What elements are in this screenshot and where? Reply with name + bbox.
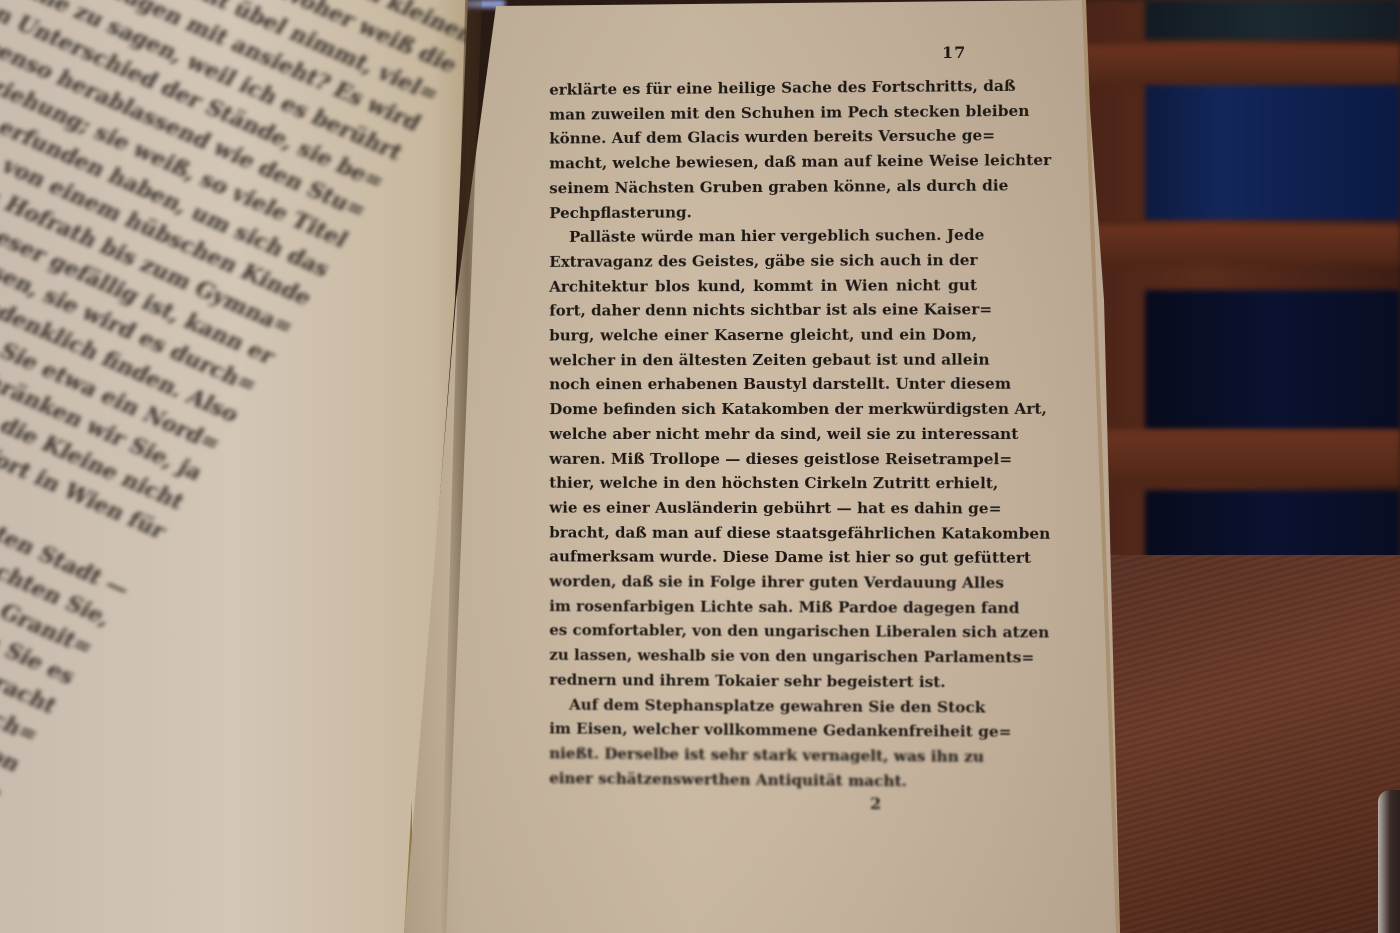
text-line: rednern und ihrem Tokaier sehr begeister…	[549, 668, 977, 695]
bookshelf-board	[1080, 430, 1400, 485]
text-line: burg, welche einer Kaserne gleicht, und …	[549, 322, 977, 348]
signature-mark: 2	[870, 794, 881, 813]
text-line: aufmerksam wurde. Diese Dame ist hier so…	[549, 545, 977, 571]
left-page: …ben mit den kleinen Leser. Woher weiß d…	[0, 0, 470, 933]
bookshelf-books-top	[1145, 0, 1400, 40]
text-line: Auf dem Stephansplatze gewahren Sie den …	[549, 692, 977, 720]
text-line: zu lassen, weshalb sie von den ungarisch…	[549, 643, 977, 670]
page-number: 17	[942, 43, 966, 62]
text-line: wie es einer Ausländerin gebührt — hat e…	[549, 496, 977, 521]
text-line: Palläste würde man hier vergeblich suche…	[549, 223, 977, 250]
text-line: bracht, daß man auf diese staatsgefährli…	[549, 520, 977, 546]
bookshelf-board	[1080, 45, 1400, 85]
text-line: erklärte es für eine heilige Sache des F…	[549, 74, 977, 102]
right-page-text: erklärte es für eine heilige Sache des F…	[549, 74, 977, 794]
text-line: seinem Nächsten Gruben graben könne, als…	[549, 173, 977, 200]
text-line: nießt. Derselbe ist sehr stark vernagelt…	[549, 741, 977, 769]
text-line: man zuweilen mit den Schuhen im Pech ste…	[549, 99, 977, 127]
text-line: fort, daher denn nichts sichtbar ist als…	[549, 298, 977, 324]
bookshelf-books-dark	[1145, 490, 1400, 560]
bookshelf-books-dark	[1145, 290, 1400, 430]
wooden-table	[1100, 555, 1400, 933]
text-line: im Eisen, welcher vollkommene Gedankenfr…	[549, 717, 977, 745]
text-line: es comfortabler, von den ungarischen Lib…	[549, 618, 977, 645]
left-page-text: …ben mit den kleinen Leser. Woher weiß d…	[0, 0, 482, 868]
bookshelf-board	[1080, 225, 1400, 265]
text-line: Architektur blos kund, kommt in Wien nic…	[549, 273, 977, 299]
metal-object	[1378, 790, 1400, 933]
text-line: einer schätzenswerthen Antiquität macht.	[549, 766, 977, 794]
text-line: Extravaganz des Geistes, gäbe sie sich a…	[549, 248, 977, 275]
text-line: könne. Auf dem Glacis wurden bereits Ver…	[549, 124, 977, 152]
text-line: thier, welche in den höchsten Cirkeln Zu…	[549, 471, 977, 496]
text-line: im rosenfarbigen Lichte sah. Miß Pardoe …	[549, 594, 977, 621]
text-line: worden, daß sie in Folge ihrer guten Ver…	[549, 569, 977, 595]
text-line: welche aber nicht mehr da sind, weil sie…	[549, 422, 977, 447]
text-line: welcher in den ältesten Zeiten gebaut is…	[549, 347, 977, 372]
text-line: Pechpflasterung.	[549, 198, 977, 225]
text-line: waren. Miß Trollope — dieses geistlose R…	[549, 446, 977, 471]
text-line: Dome befinden sich Katakomben der merkwü…	[549, 397, 977, 422]
text-line: macht, welche bewiesen, daß man auf kein…	[549, 149, 977, 177]
bookshelf-books-blue	[1145, 85, 1400, 220]
text-line: noch einen erhabenen Baustyl darstellt. …	[549, 372, 977, 397]
